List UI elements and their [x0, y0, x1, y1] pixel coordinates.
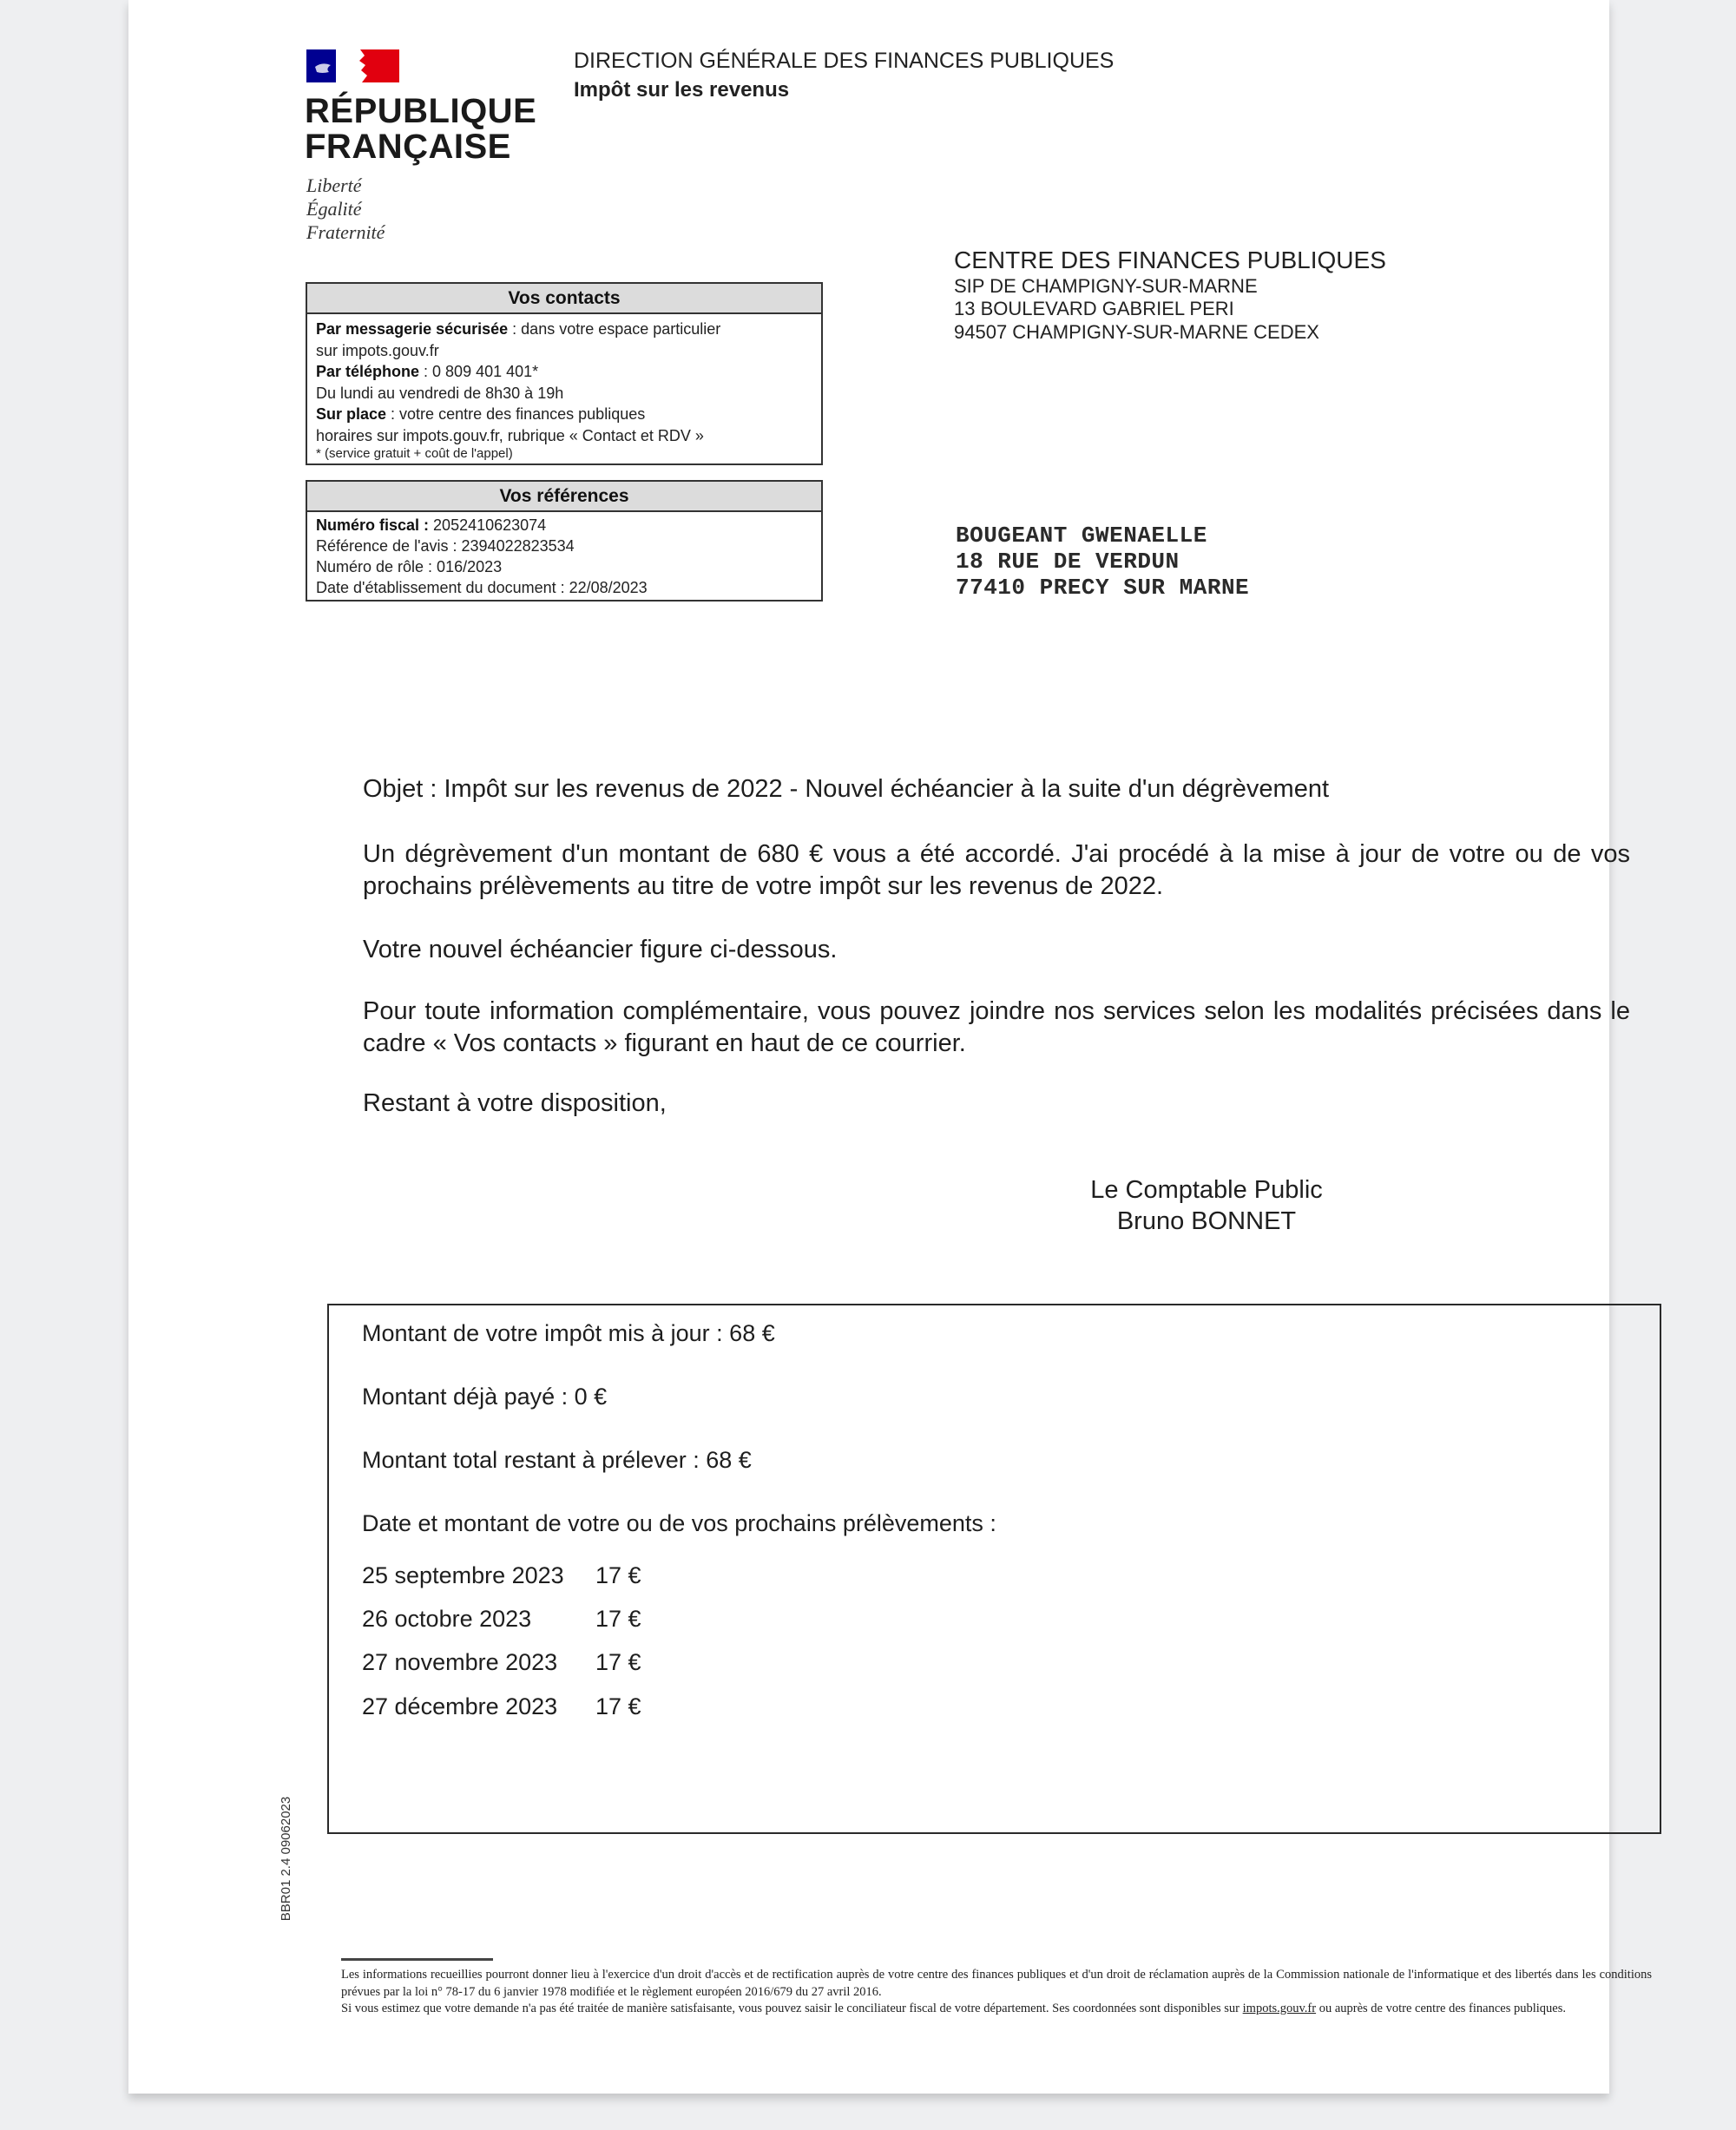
contacts-title: Vos contacts — [307, 284, 821, 314]
signature-name: Bruno BONNET — [1031, 1206, 1382, 1237]
fiscal-number-label: Numéro fiscal : — [316, 516, 433, 534]
schedule-row-amount: 17 € — [595, 1693, 641, 1720]
organisation-name: DIRECTION GÉNÉRALE DES FINANCES PUBLIQUE… — [574, 49, 1114, 74]
recipient-name: BOUGEANT GWENAELLE — [956, 523, 1207, 549]
signature-title: Le Comptable Public — [1031, 1174, 1382, 1206]
avis-reference: Référence de l'avis : 2394022823534 — [316, 536, 812, 556]
letter-subject: Objet : Impôt sur les revenus de 2022 - … — [363, 773, 1630, 805]
phone-note: * (service gratuit + coût de l'appel) — [316, 446, 812, 462]
already-paid-amount: Montant déjà payé : 0 € — [362, 1384, 607, 1410]
sender-line: SIP DE CHAMPIGNY-SUR-MARNE — [954, 275, 1258, 298]
telephone-label: Par téléphone — [316, 363, 419, 380]
references-box: Vos références Numéro fiscal : 205241062… — [306, 480, 823, 602]
letter-page: RÉPUBLIQUE FRANÇAISE Liberté Égalité Fra… — [128, 0, 1609, 2094]
footer-privacy-text: Les informations recueillies pourront do… — [341, 1967, 1652, 2001]
schedule-row-amount: 17 € — [595, 1606, 641, 1633]
schedule-heading: Date et montant de votre ou de vos proch… — [362, 1510, 996, 1537]
sender-line: 94507 CHAMPIGNY-SUR-MARNE CEDEX — [954, 321, 1319, 344]
schedule-row-date: 25 septembre 2023 — [362, 1562, 564, 1589]
fiscal-number: 2052410623074 — [433, 516, 546, 534]
footer-conciliator-text: Si vous estimez que votre demande n'a pa… — [341, 2002, 1243, 2015]
footer-rule — [341, 1958, 493, 1961]
place-text: : votre centre des finances publiques — [386, 405, 645, 423]
contacts-box: Vos contacts Par messagerie sécurisée : … — [306, 282, 823, 465]
motto-egalite: Égalité — [306, 200, 362, 219]
letter-paragraph-1: Un dégrèvement d'un montant de 680 € vou… — [363, 838, 1630, 903]
subject-area: Impôt sur les revenus — [574, 78, 789, 102]
recipient-street: 18 RUE DE VERDUN — [956, 549, 1180, 575]
schedule-row-amount: 17 € — [595, 1562, 641, 1589]
recipient-city: 77410 PRECY SUR MARNE — [956, 575, 1249, 601]
legal-footer: Les informations recueillies pourront do… — [341, 1967, 1652, 2018]
signature-block: Le Comptable Public Bruno BONNET — [1031, 1174, 1382, 1237]
place-label: Sur place — [316, 405, 386, 423]
references-title: Vos références — [307, 482, 821, 512]
messagerie-text: : dans votre espace particulier — [508, 320, 720, 338]
letter-paragraph-2: Votre nouvel échéancier figure ci-dessou… — [363, 934, 1630, 966]
schedule-row-date: 27 décembre 2023 — [362, 1693, 557, 1720]
updated-tax-amount: Montant de votre impôt mis à jour : 68 € — [362, 1320, 775, 1347]
side-document-code: BBR01 2.4 09062023 — [279, 1797, 293, 1921]
schedule-row-amount: 17 € — [595, 1649, 641, 1676]
motto-fraternite: Fraternité — [306, 223, 385, 242]
remaining-amount: Montant total restant à prélever : 68 € — [362, 1447, 752, 1474]
opening-hours: Du lundi au vendredi de 8h30 à 19h — [316, 383, 812, 404]
motto-liberte: Liberté — [306, 176, 362, 195]
place-hours: horaires sur impots.gouv.fr, rubrique « … — [316, 425, 812, 447]
logo-francaise: FRANÇAISE — [305, 129, 511, 164]
document-date: Date d'établissement du document : 22/08… — [316, 577, 812, 598]
sender-line: 13 BOULEVARD GABRIEL PERI — [954, 298, 1234, 320]
schedule-row-date: 27 novembre 2023 — [362, 1649, 557, 1676]
logo-republique: RÉPUBLIQUE — [305, 94, 536, 128]
letter-paragraph-3: Pour toute information complémentaire, v… — [363, 996, 1630, 1060]
role-number: Numéro de rôle : 016/2023 — [316, 556, 812, 577]
letter-closing: Restant à votre disposition, — [363, 1088, 1630, 1120]
sender-title: CENTRE DES FINANCES PUBLIQUES — [954, 247, 1386, 274]
messagerie-label: Par messagerie sécurisée — [316, 320, 508, 338]
marianne-flag-icon — [306, 49, 399, 82]
messagerie-link[interactable]: sur impots.gouv.fr — [316, 340, 812, 362]
footer-conciliator-text-end: ou auprès de votre centre des finances p… — [1316, 2002, 1566, 2015]
impots-gouv-link[interactable]: impots.gouv.fr — [1243, 2002, 1316, 2015]
telephone-number[interactable]: : 0 809 401 401* — [419, 363, 538, 380]
schedule-row-date: 26 octobre 2023 — [362, 1606, 531, 1633]
